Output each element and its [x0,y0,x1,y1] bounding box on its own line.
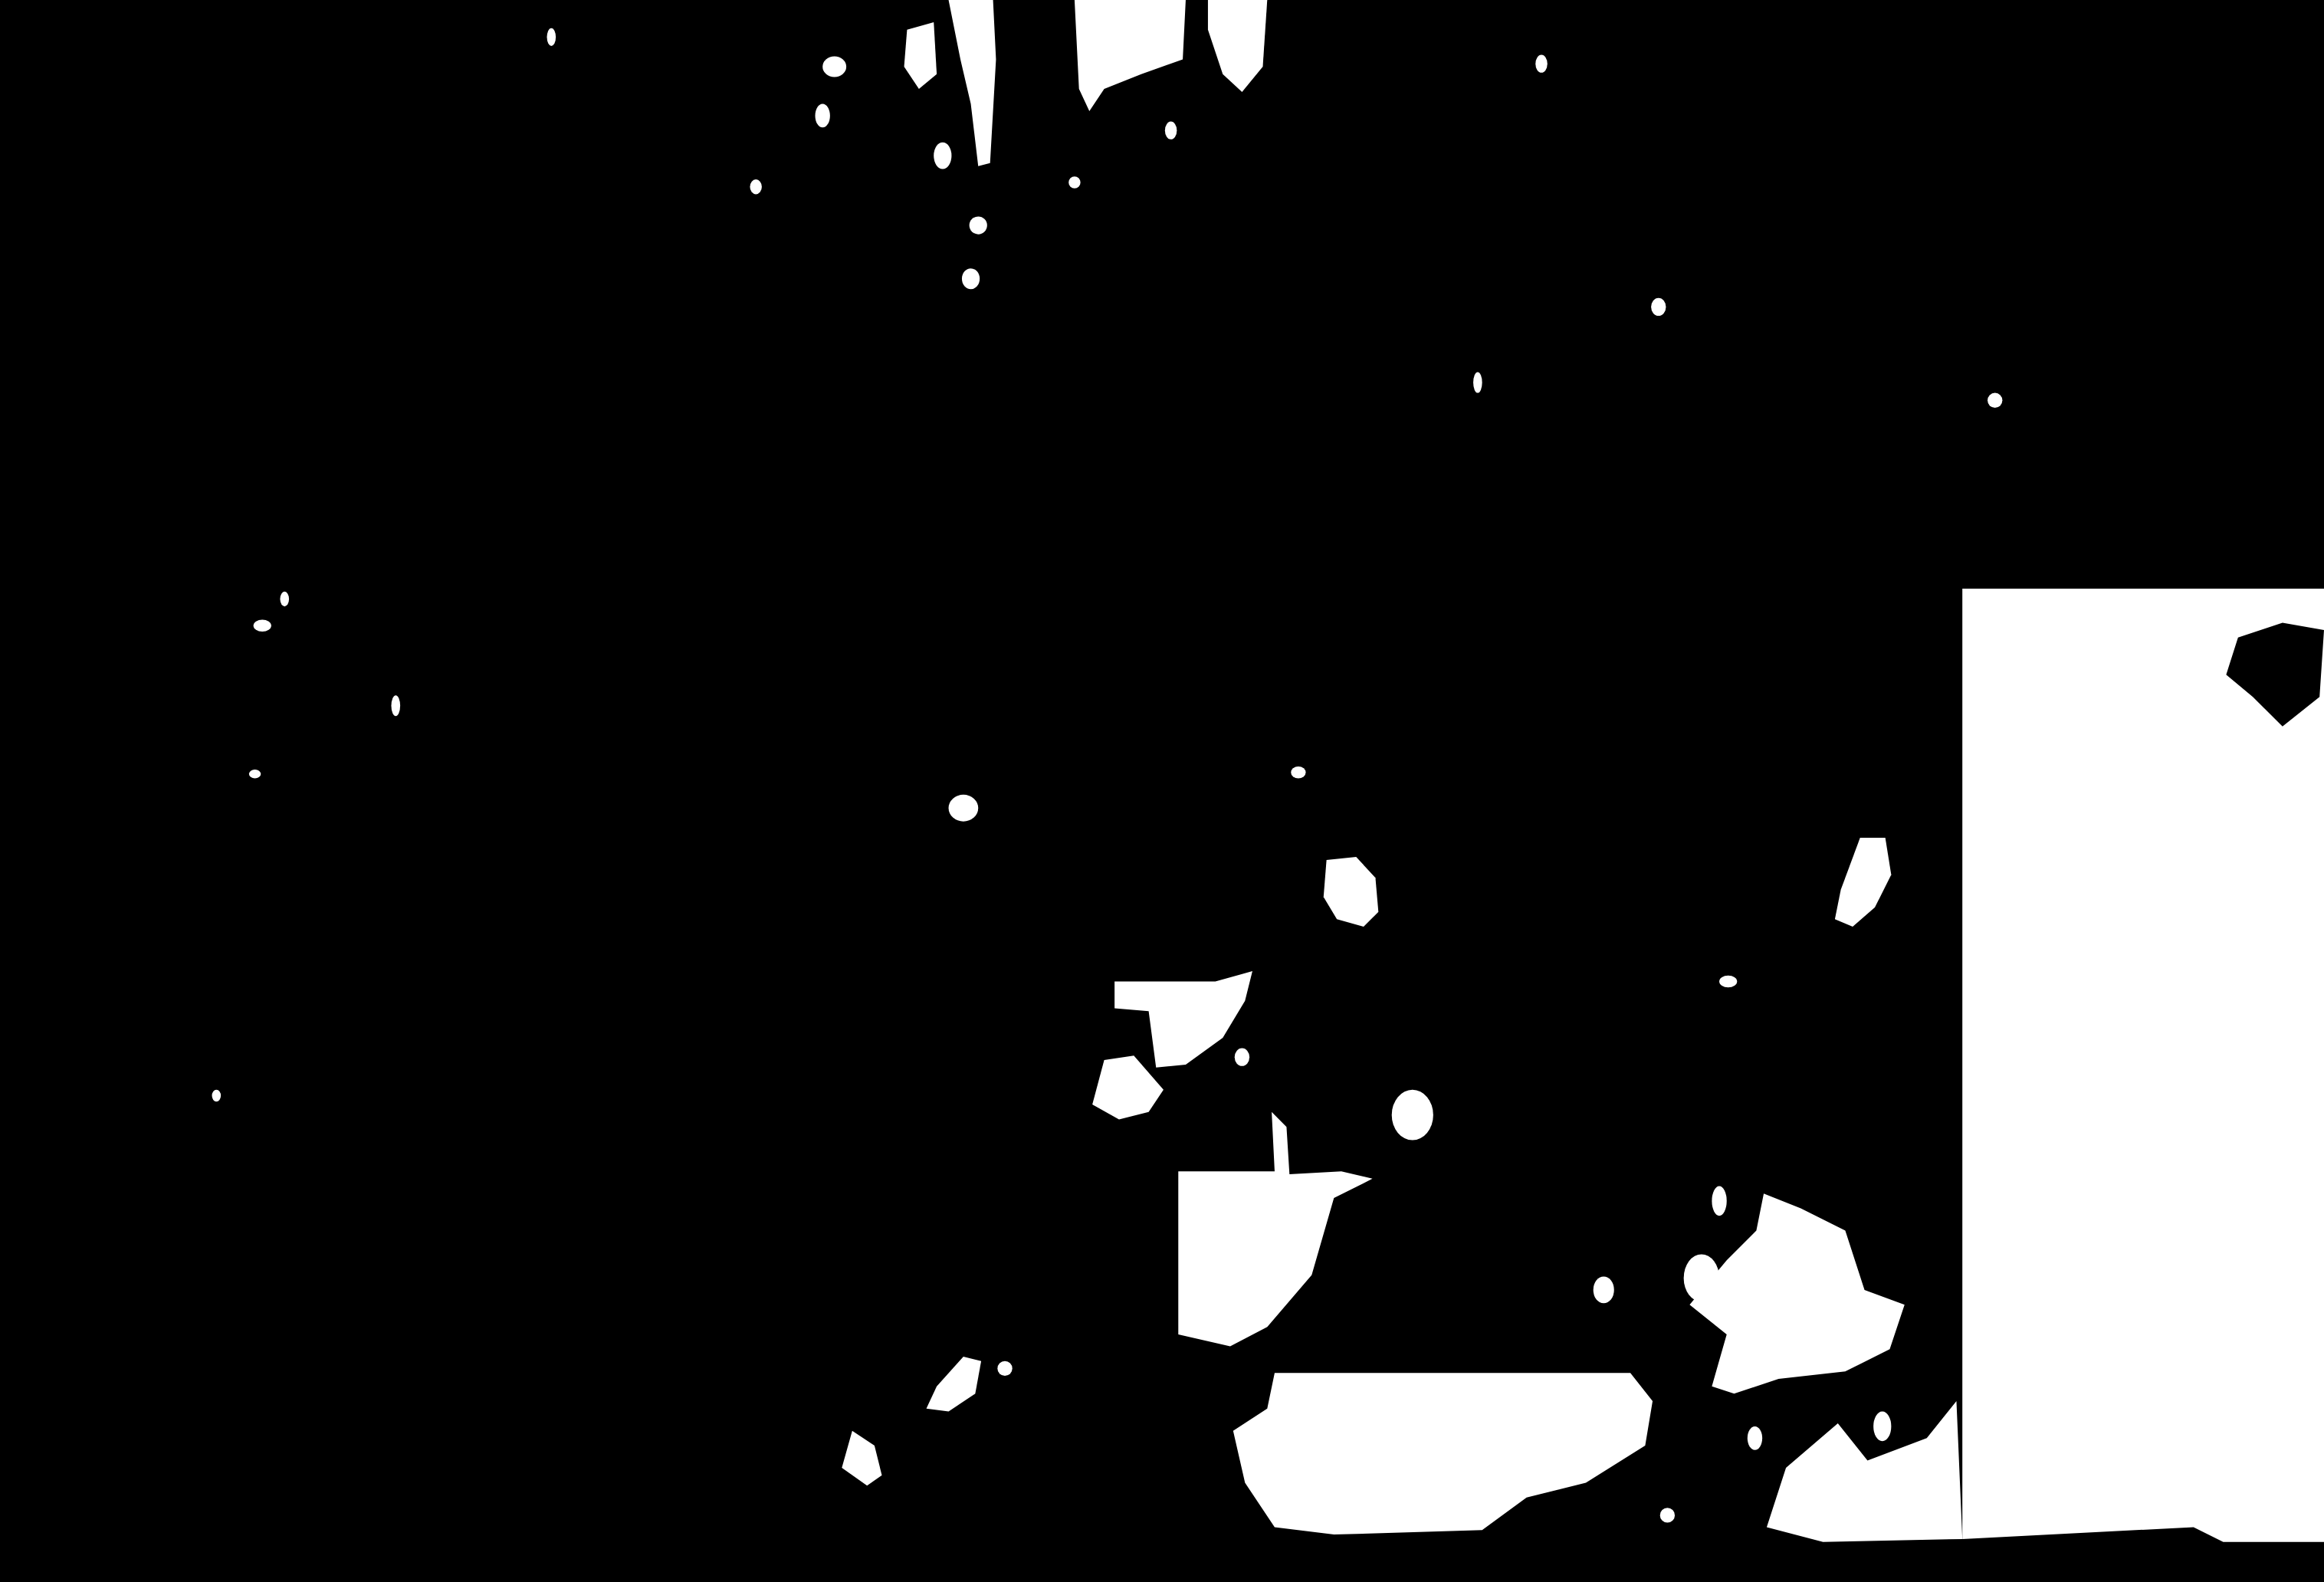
mask-region-blob [1594,1277,1614,1304]
mask-region-blob [1651,298,1666,316]
mask-region-blob [1165,122,1177,139]
mask-region-blob [547,28,556,46]
mask-region-blob [1988,393,2002,408]
binary-mask-image [0,0,2324,1582]
mask-region-blob [1068,176,1080,188]
mask-region-blob [949,795,979,822]
mask-region-blob [254,620,271,632]
mask-region-blob [816,103,830,127]
mask-region-blob [962,268,980,289]
mask-region-blob [280,592,289,606]
mask-region-blob [750,179,761,194]
mask-region-blob [1291,766,1305,778]
mask-region-blob [822,57,846,77]
mask-region-blob [1660,1508,1675,1522]
mask-region-blob [970,216,987,234]
mask-region-blob [1684,1254,1719,1301]
mask-region-blob [1719,976,1737,987]
mask-region-blob [1473,373,1482,393]
mask-region-blob [391,695,400,716]
mask-region-blob [249,770,261,779]
mask-region-blob [1392,1090,1433,1141]
mask-region-blob [212,1090,222,1101]
mask-region-blob [1712,1186,1726,1216]
mask-region-blob [1748,1426,1762,1450]
mask-region-blob [934,143,951,169]
mask-region-blob [1535,55,1547,73]
mask-region-blob [997,1361,1012,1376]
mask-region-right-block [1962,589,2324,1542]
mask-region-blob [1873,1412,1891,1442]
mask-region-blob [1235,1049,1249,1066]
